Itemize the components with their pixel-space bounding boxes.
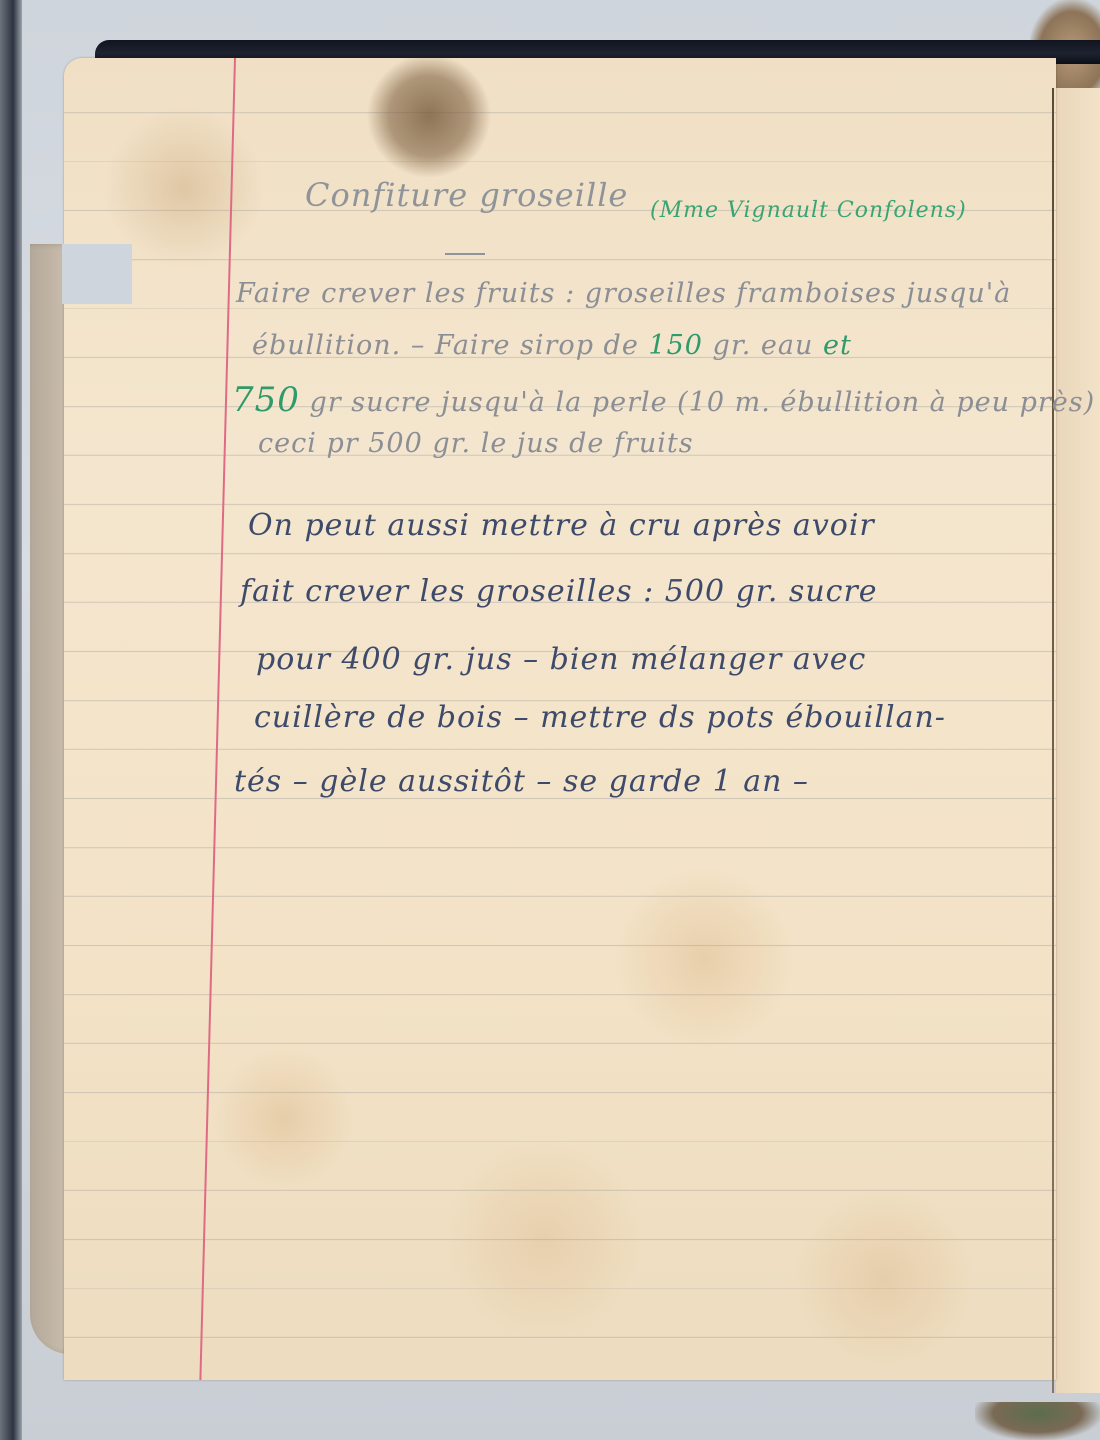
ink-line-5: tés – gèle aussitôt – se garde 1 an – [234,764,809,799]
line-text: gr. eau [703,330,823,361]
cover-fragment [975,1402,1100,1440]
ink-line-2: fait crever les groseilles : 500 gr. suc… [240,574,878,609]
line-text: ébullition. – Faire sirop de [252,330,648,361]
pencil-line-4: ceci pr 500 gr. le jus de fruits [258,428,694,459]
line-text: Faire crever les fruits : groseilles fra… [236,278,1011,309]
recipe-title: Confiture groseille [305,176,628,214]
pencil-line-3: 750 gr sucre jusqu'à la perle (10 m. ébu… [232,380,1095,420]
recipe-source-note: (Mme Vignault Confolens) [650,198,967,223]
title-underline [445,253,485,255]
line-text: ceci pr 500 gr. le jus de fruits [258,428,694,459]
scanner-edge [0,0,22,1440]
page-fold [1052,88,1054,1393]
margin-line [199,58,235,1380]
adjacent-page-edge [1056,88,1100,1393]
line-text: gr sucre jusqu'à la perle (10 m. ébullit… [300,387,1095,418]
ink-line-4: cuillère de bois – mettre ds pots ébouil… [254,700,946,735]
conjunction-et: et [823,330,852,361]
water-quantity: 150 [648,330,703,361]
sugar-quantity: 750 [232,380,300,420]
ink-line-3: pour 400 gr. jus – bien mélanger avec [256,642,866,677]
pencil-line-1: Faire crever les fruits : groseilles fra… [236,278,1011,309]
pencil-line-2: ébullition. – Faire sirop de 150 gr. eau… [252,330,852,361]
page-notch [62,244,132,304]
ink-line-1: On peut aussi mettre à cru après avoir [248,508,875,543]
